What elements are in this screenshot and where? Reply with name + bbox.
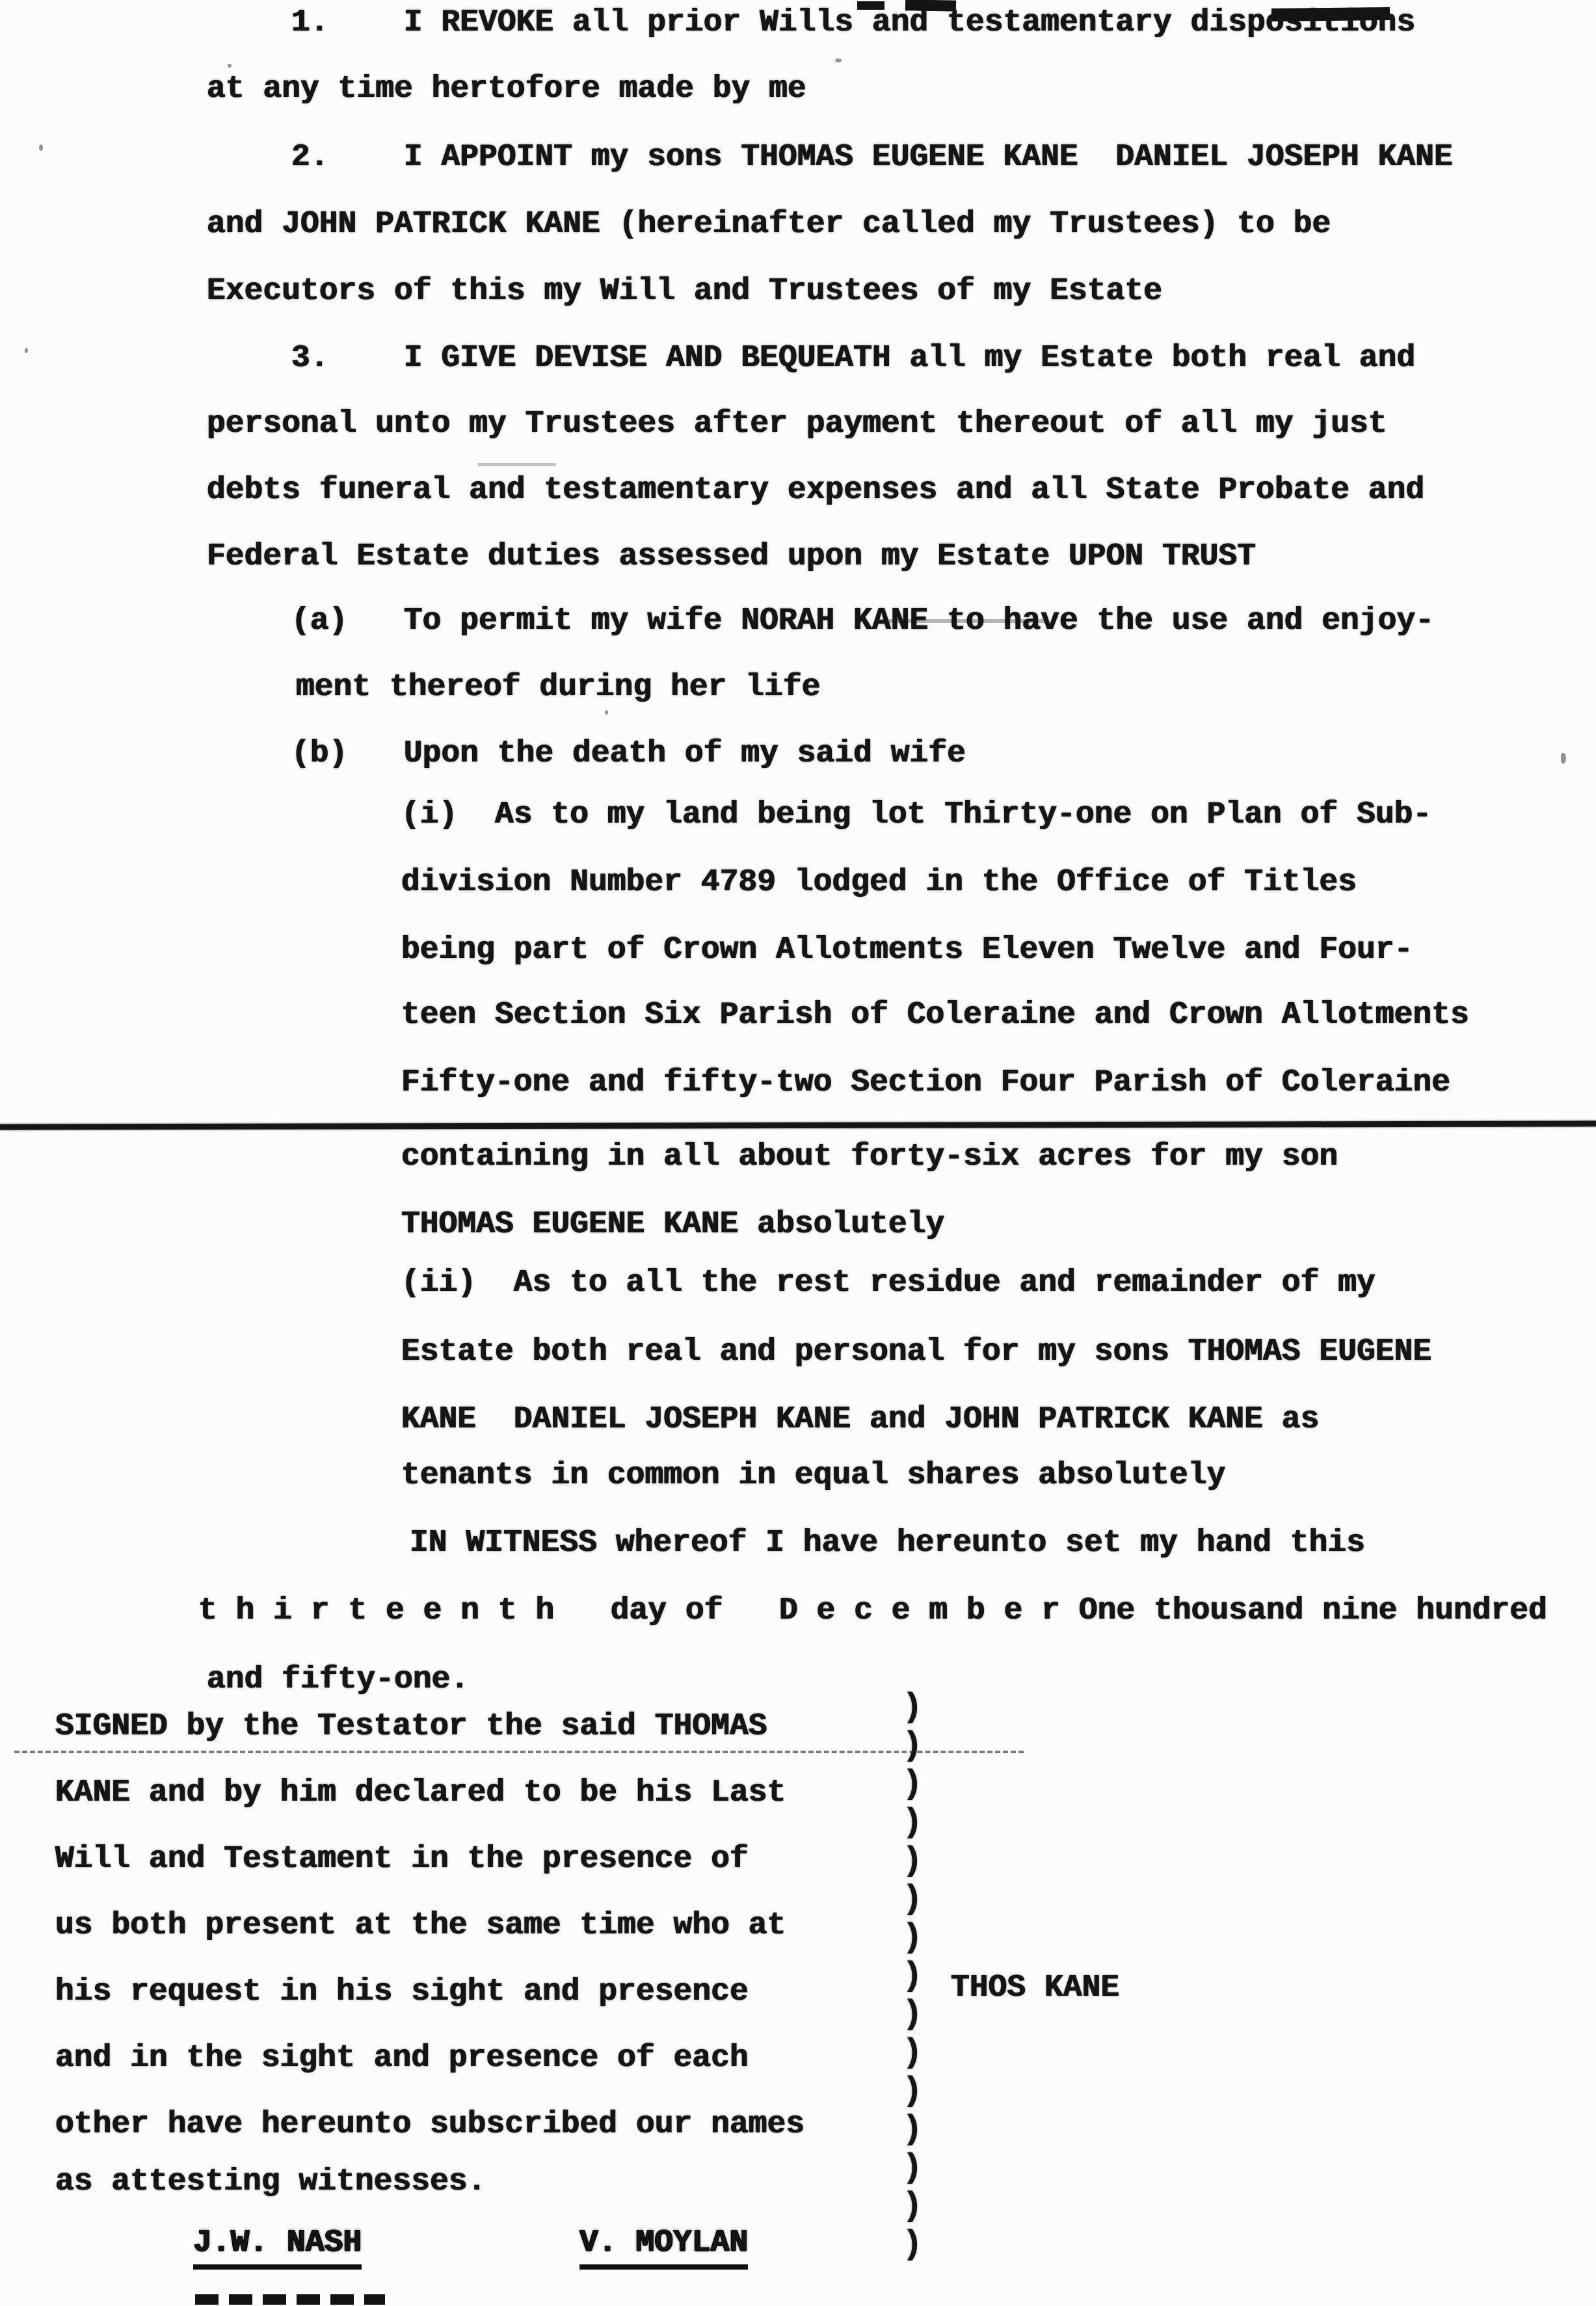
brace-paren-glyph: ) (902, 1995, 922, 2034)
brace-paren-glyph: ) (902, 1842, 922, 1880)
body-line: containing in all about forty-six acres … (401, 1141, 1338, 1173)
body-line: teen Section Six Parish of Coleraine and… (401, 999, 1469, 1031)
witness-signature-nash: J.W. NASH (193, 2227, 362, 2270)
brace-paren-glyph: ) (902, 2072, 922, 2110)
attestation-line: as attesting witnesses. (55, 2166, 486, 2198)
body-line: personal unto my Trustees after payment … (207, 408, 1387, 440)
attestation-brace: ) ) ) ) ) ) ) ) ) ) ) ) ) ) ) (902, 1688, 922, 2219)
dashed-line-artifact (14, 1751, 1024, 1753)
horizontal-rule-artifact (0, 1120, 1596, 1130)
attestation-line: his request in his sight and presence (55, 1976, 749, 2008)
body-line: Estate both real and personal for my son… (401, 1336, 1431, 1368)
attestation-line: Will and Testament in the presence of (55, 1843, 749, 1875)
body-line: tenants in common in equal shares absolu… (401, 1459, 1225, 1492)
scan-speck (605, 710, 608, 715)
brace-paren-glyph: ) (902, 2225, 922, 2264)
scan-speck (835, 59, 842, 62)
brace-paren-glyph: ) (902, 1688, 922, 1727)
brace-paren-glyph: ) (902, 1727, 922, 1765)
body-line: and fifty-one. (207, 1663, 469, 1696)
body-line: (ii) As to all the rest residue and rema… (401, 1267, 1376, 1299)
body-line: t h i r t e e n t h day of D e c e m b e… (198, 1595, 1547, 1627)
body-line: IN WITNESS whereof I have hereunto set m… (410, 1527, 1365, 1559)
brace-paren-glyph: ) (902, 1918, 922, 1957)
body-line: and JOHN PATRICK KANE (hereinafter calle… (207, 208, 1331, 241)
body-line: (i) As to my land being lot Thirty-one o… (401, 799, 1431, 831)
scan-artifact-bottom-dashes (195, 2294, 385, 2305)
witness-signature-moylan: V. MOYLAN (579, 2227, 748, 2270)
scan-smudge (478, 463, 556, 466)
body-line: 3. I GIVE DEVISE AND BEQUEATH all my Est… (291, 342, 1415, 375)
scan-speck (39, 144, 43, 151)
brace-paren-glyph: ) (902, 2034, 922, 2072)
scan-smudge (878, 619, 1047, 623)
brace-paren-glyph: ) (902, 1957, 922, 1995)
body-line: Federal Estate duties assessed upon my E… (207, 540, 1256, 573)
brace-paren-glyph: ) (902, 1880, 922, 1918)
body-line: 2. I APPOINT my sons THOMAS EUGENE KANE … (291, 141, 1453, 174)
body-line: (b) Upon the death of my said wife (291, 737, 966, 770)
body-line: (a) To permit my wife NORAH KANE to have… (291, 605, 1434, 637)
body-line: KANE DANIEL JOSEPH KANE and JOHN PATRICK… (401, 1403, 1319, 1436)
body-line: 1. I REVOKE all prior Wills and testamen… (291, 7, 1415, 39)
body-line: debts funeral and testamentary expenses … (207, 474, 1424, 507)
body-line: THOMAS EUGENE KANE absolutely (401, 1208, 944, 1241)
body-line: Executors of this my Will and Trustees o… (207, 275, 1162, 308)
attestation-line: KANE and by him declared to be his Last (55, 1777, 786, 1809)
brace-paren-glyph: ) (902, 2149, 922, 2187)
testator-signature: THOS KANE (951, 1972, 1119, 2004)
brace-paren-glyph: ) (902, 1765, 922, 1803)
will-document-page: 1. I REVOKE all prior Wills and testamen… (0, 0, 1596, 2306)
brace-paren-glyph: ) (902, 1803, 922, 1842)
attestation-line: other have hereunto subscribed our names (55, 2108, 805, 2141)
brace-paren-glyph: ) (902, 2187, 922, 2225)
scan-speck (25, 348, 28, 353)
scan-speck (1561, 753, 1566, 763)
attestation-line: SIGNED by the Testator the said THOMAS (55, 1710, 767, 1743)
body-line: ment thereof during her life (296, 671, 821, 704)
body-line: at any time hertofore made by me (207, 73, 806, 105)
attestation-line: us both present at the same time who at (55, 1909, 786, 1942)
brace-paren-glyph: ) (902, 2110, 922, 2149)
scan-speck (228, 64, 232, 68)
attestation-line: and in the sight and presence of each (55, 2042, 749, 2074)
body-line: Fifty-one and fifty-two Section Four Par… (401, 1067, 1450, 1099)
body-line: division Number 4789 lodged in the Offic… (401, 866, 1357, 899)
body-line: being part of Crown Allotments Eleven Tw… (401, 934, 1413, 966)
